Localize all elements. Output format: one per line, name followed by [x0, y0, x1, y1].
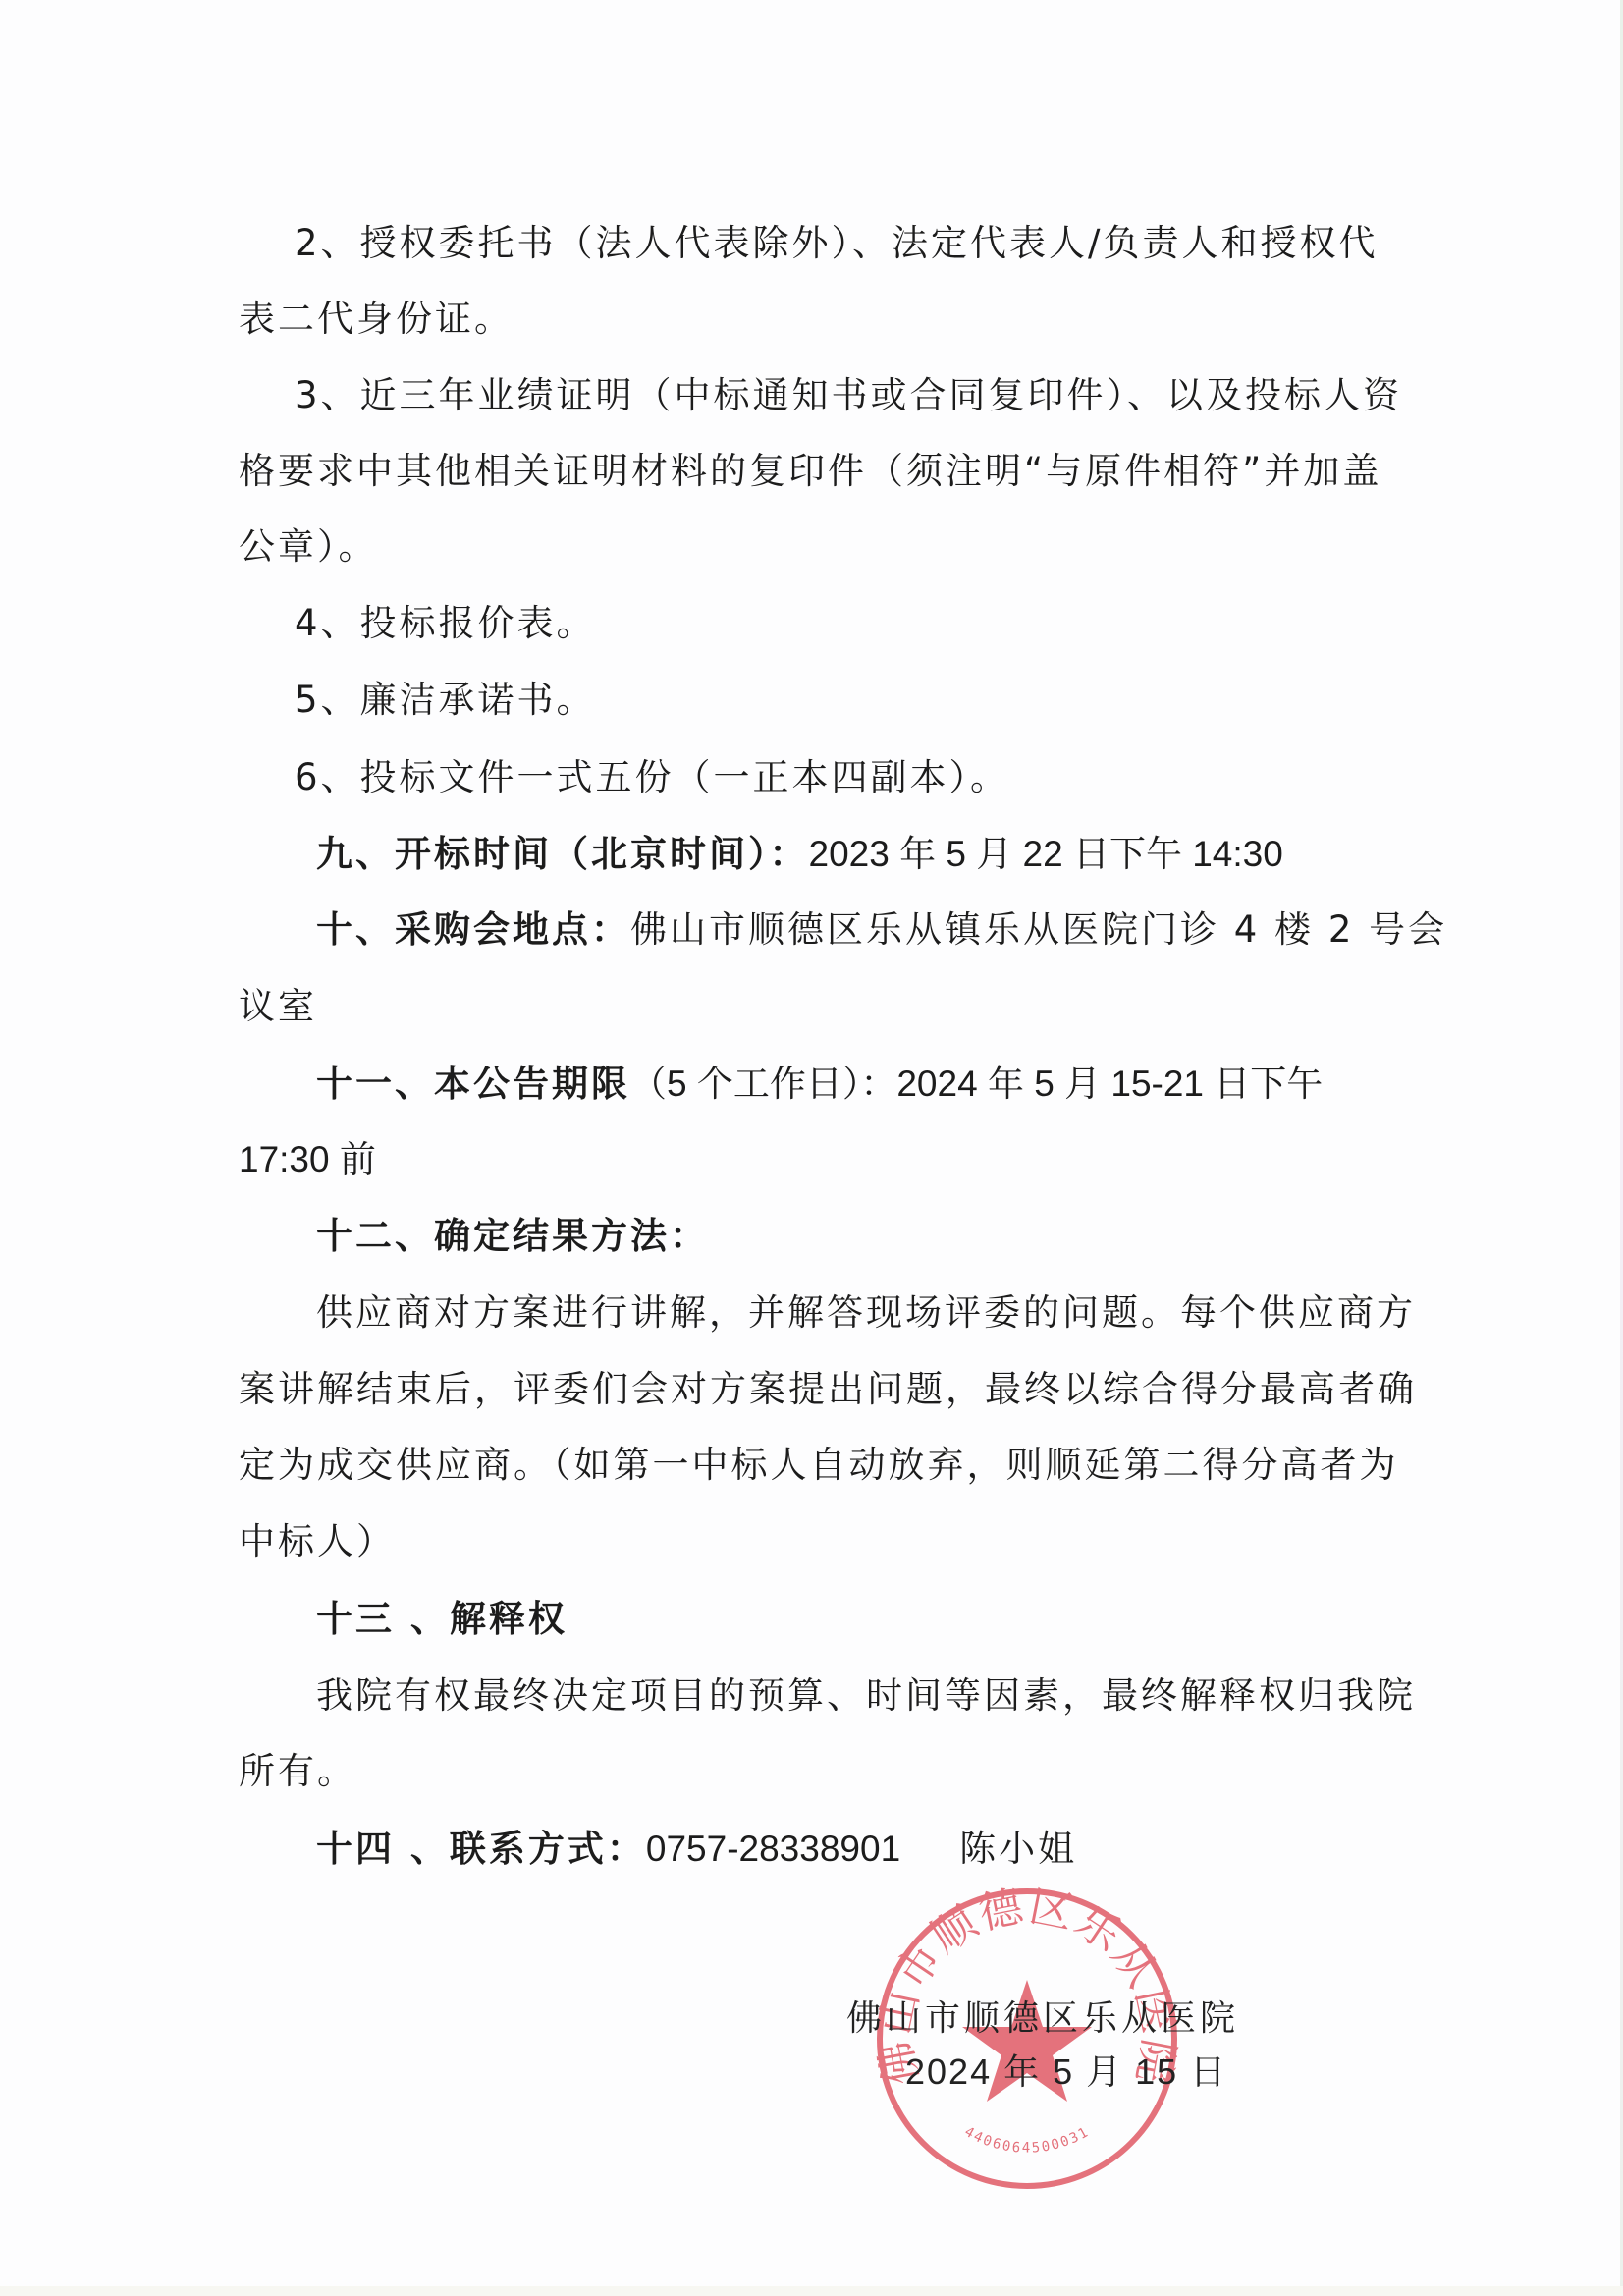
item-2-line-2: 表二代身份证。 — [239, 298, 514, 341]
contact-phone: 0757-28338901 — [646, 1829, 900, 1869]
document-page: 2、授权委托书（法人代表除外）、法定代表人/负责人和授权代 表二代身份证。 3、… — [0, 0, 1623, 2296]
section-10: 十、采购会地点：佛山市顺德区乐从镇乐从医院门诊 4 楼 2 号会 — [316, 908, 1447, 952]
section-12-body-line-3: 定为成交供应商。（如第一中标人自动放弃，则顺延第二得分高者为 — [239, 1444, 1399, 1487]
section-12-body-line-4: 中标人） — [239, 1520, 396, 1563]
stamp-serial: 4406064500031 — [962, 2124, 1093, 2157]
section-9-value: 2023 年 5 月 22 日下午 14:30 — [809, 834, 1283, 874]
item-3-line-1: 3、近三年业绩证明（中标通知书或合同复印件）、以及投标人资 — [295, 374, 1402, 417]
item-2-line-1: 2、授权委托书（法人代表除外）、法定代表人/负责人和授权代 — [295, 222, 1379, 265]
section-11-heading: 十一、本公告期限 — [316, 1063, 630, 1105]
section-9-heading: 九、开标时间（北京时间）： — [316, 833, 809, 875]
section-12-body-line-1: 供应商对方案进行讲解，并解答现场评委的问题。每个供应商方 — [316, 1291, 1416, 1335]
section-11-value-line-1: （5 个工作日）：2024 年 5 月 15-21 日下午 — [630, 1064, 1323, 1104]
contact-name: 陈小姐 — [959, 1828, 1077, 1870]
item-4: 4、投标报价表。 — [295, 602, 596, 645]
section-13-heading: 十三 、解释权 — [316, 1598, 568, 1641]
section-9: 九、开标时间（北京时间）：2023 年 5 月 22 日下午 14:30 — [316, 833, 1283, 876]
section-10-heading: 十、采购会地点： — [316, 908, 630, 951]
section-14-heading: 十四 、联系方式： — [316, 1828, 646, 1870]
section-13-body-line-2: 所有。 — [239, 1750, 356, 1793]
scan-bottom-band — [0, 2286, 1623, 2296]
section-14: 十四 、联系方式：0757-28338901陈小姐 — [316, 1828, 1077, 1871]
section-11-value-line-2: 17:30 前 — [239, 1138, 376, 1181]
section-12-heading: 十二、确定结果方法： — [316, 1215, 709, 1258]
item-5: 5、廉洁承诺书。 — [295, 679, 596, 722]
item-3-line-3: 公章）。 — [239, 525, 378, 569]
signature-organization: 佛山市顺德区乐从医院 — [846, 1997, 1239, 2041]
section-11: 十一、本公告期限（5 个工作日）：2024 年 5 月 15-21 日下午 — [316, 1063, 1323, 1106]
signature-date: 2024 年 5 月 15 日 — [905, 2050, 1227, 2094]
item-3-line-2: 格要求中其他相关证明材料的复印件（须注明“与原件相符”并加盖 — [239, 450, 1381, 493]
section-12-body-line-2: 案讲解结束后，评委们会对方案提出问题，最终以综合得分最高者确 — [239, 1368, 1417, 1411]
svg-text:4406064500031: 4406064500031 — [962, 2124, 1093, 2157]
section-10-value-line-2: 议室 — [239, 985, 317, 1028]
section-10-value-line-1: 佛山市顺德区乐从镇乐从医院门诊 4 楼 2 号会 — [630, 908, 1447, 951]
section-13-body-line-1: 我院有权最终决定项目的预算、时间等因素，最终解释权归我院 — [316, 1674, 1416, 1718]
item-6: 6、投标文件一式五份（一正本四副本）。 — [295, 756, 1009, 799]
